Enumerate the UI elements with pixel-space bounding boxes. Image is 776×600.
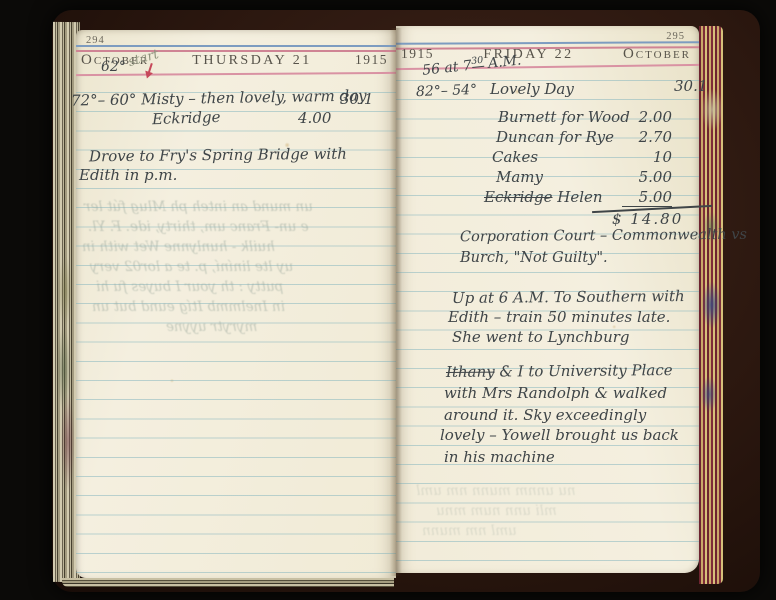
ledger-amount: 2.00	[622, 108, 672, 126]
expense-amount: 4.00	[298, 109, 331, 127]
barometer-reading: 30.1	[674, 77, 707, 95]
entry-line: Corporation Court – Commonwealth vs	[460, 227, 747, 246]
ledger-amount: 5.00	[622, 168, 672, 186]
entry-line: in his machine	[444, 448, 555, 466]
page-gutter-crease	[390, 28, 402, 576]
entry-line: Edith – train 50 minutes late.	[448, 308, 670, 326]
entry-line: She went to Lynchburg	[452, 328, 630, 346]
year-label: 1915	[355, 52, 388, 68]
entry-line: with Mrs Randolph & walked	[444, 384, 667, 402]
month-label: October	[623, 46, 691, 63]
entry-line: Up at 6 A.M. To Southern with	[452, 287, 685, 307]
entry-line: lovely – Yowell brought us back	[440, 426, 679, 444]
weather-entry: Lovely Day	[490, 80, 574, 98]
ledger-label: Duncan for Rye	[496, 128, 614, 146]
marbled-page-edges	[699, 26, 723, 584]
page-number: 295	[666, 31, 685, 42]
entry-line: Burch, "Not Guilty".	[460, 250, 608, 266]
ledger-amount: 5.00	[622, 188, 672, 207]
entry-line: Drove to Fry's Spring Bridge with	[89, 145, 347, 166]
barometer-reading: 30.1	[340, 90, 373, 108]
diary-scan: 294 October THURSDAY 21 1915 start 62° 7…	[0, 0, 776, 600]
ledger-label: Burnett for Wood	[498, 108, 630, 126]
left-page: 294 October THURSDAY 21 1915 start 62° 7…	[76, 30, 396, 578]
entry-line: around it. Sky exceedingly	[444, 406, 646, 424]
right-page: 295 1915 FRIDAY 22 October 56 at 730 A.M…	[396, 26, 699, 573]
page-number: 294	[86, 35, 105, 46]
top-double-rule	[76, 45, 396, 52]
entry-line: Ithany & I to University Place	[446, 361, 673, 381]
expense-label: Eckridge	[152, 108, 221, 128]
bottom-page-stack-edges	[62, 578, 394, 587]
ledger-label: Cakes	[492, 148, 538, 166]
day-temps: 82°– 54°	[416, 82, 478, 100]
ledger-label: Eckridge Helen	[484, 188, 603, 206]
ledger-total: $ 14.80	[612, 210, 683, 228]
day-label: THURSDAY 21	[192, 53, 311, 69]
entry-line: Edith in p.m.	[79, 166, 177, 184]
ledger-amount: 10	[622, 148, 672, 166]
ledger-amount: 2.70	[622, 128, 672, 146]
ledger-label: Mamy	[496, 168, 543, 186]
morning-temp: 62°	[101, 59, 126, 75]
